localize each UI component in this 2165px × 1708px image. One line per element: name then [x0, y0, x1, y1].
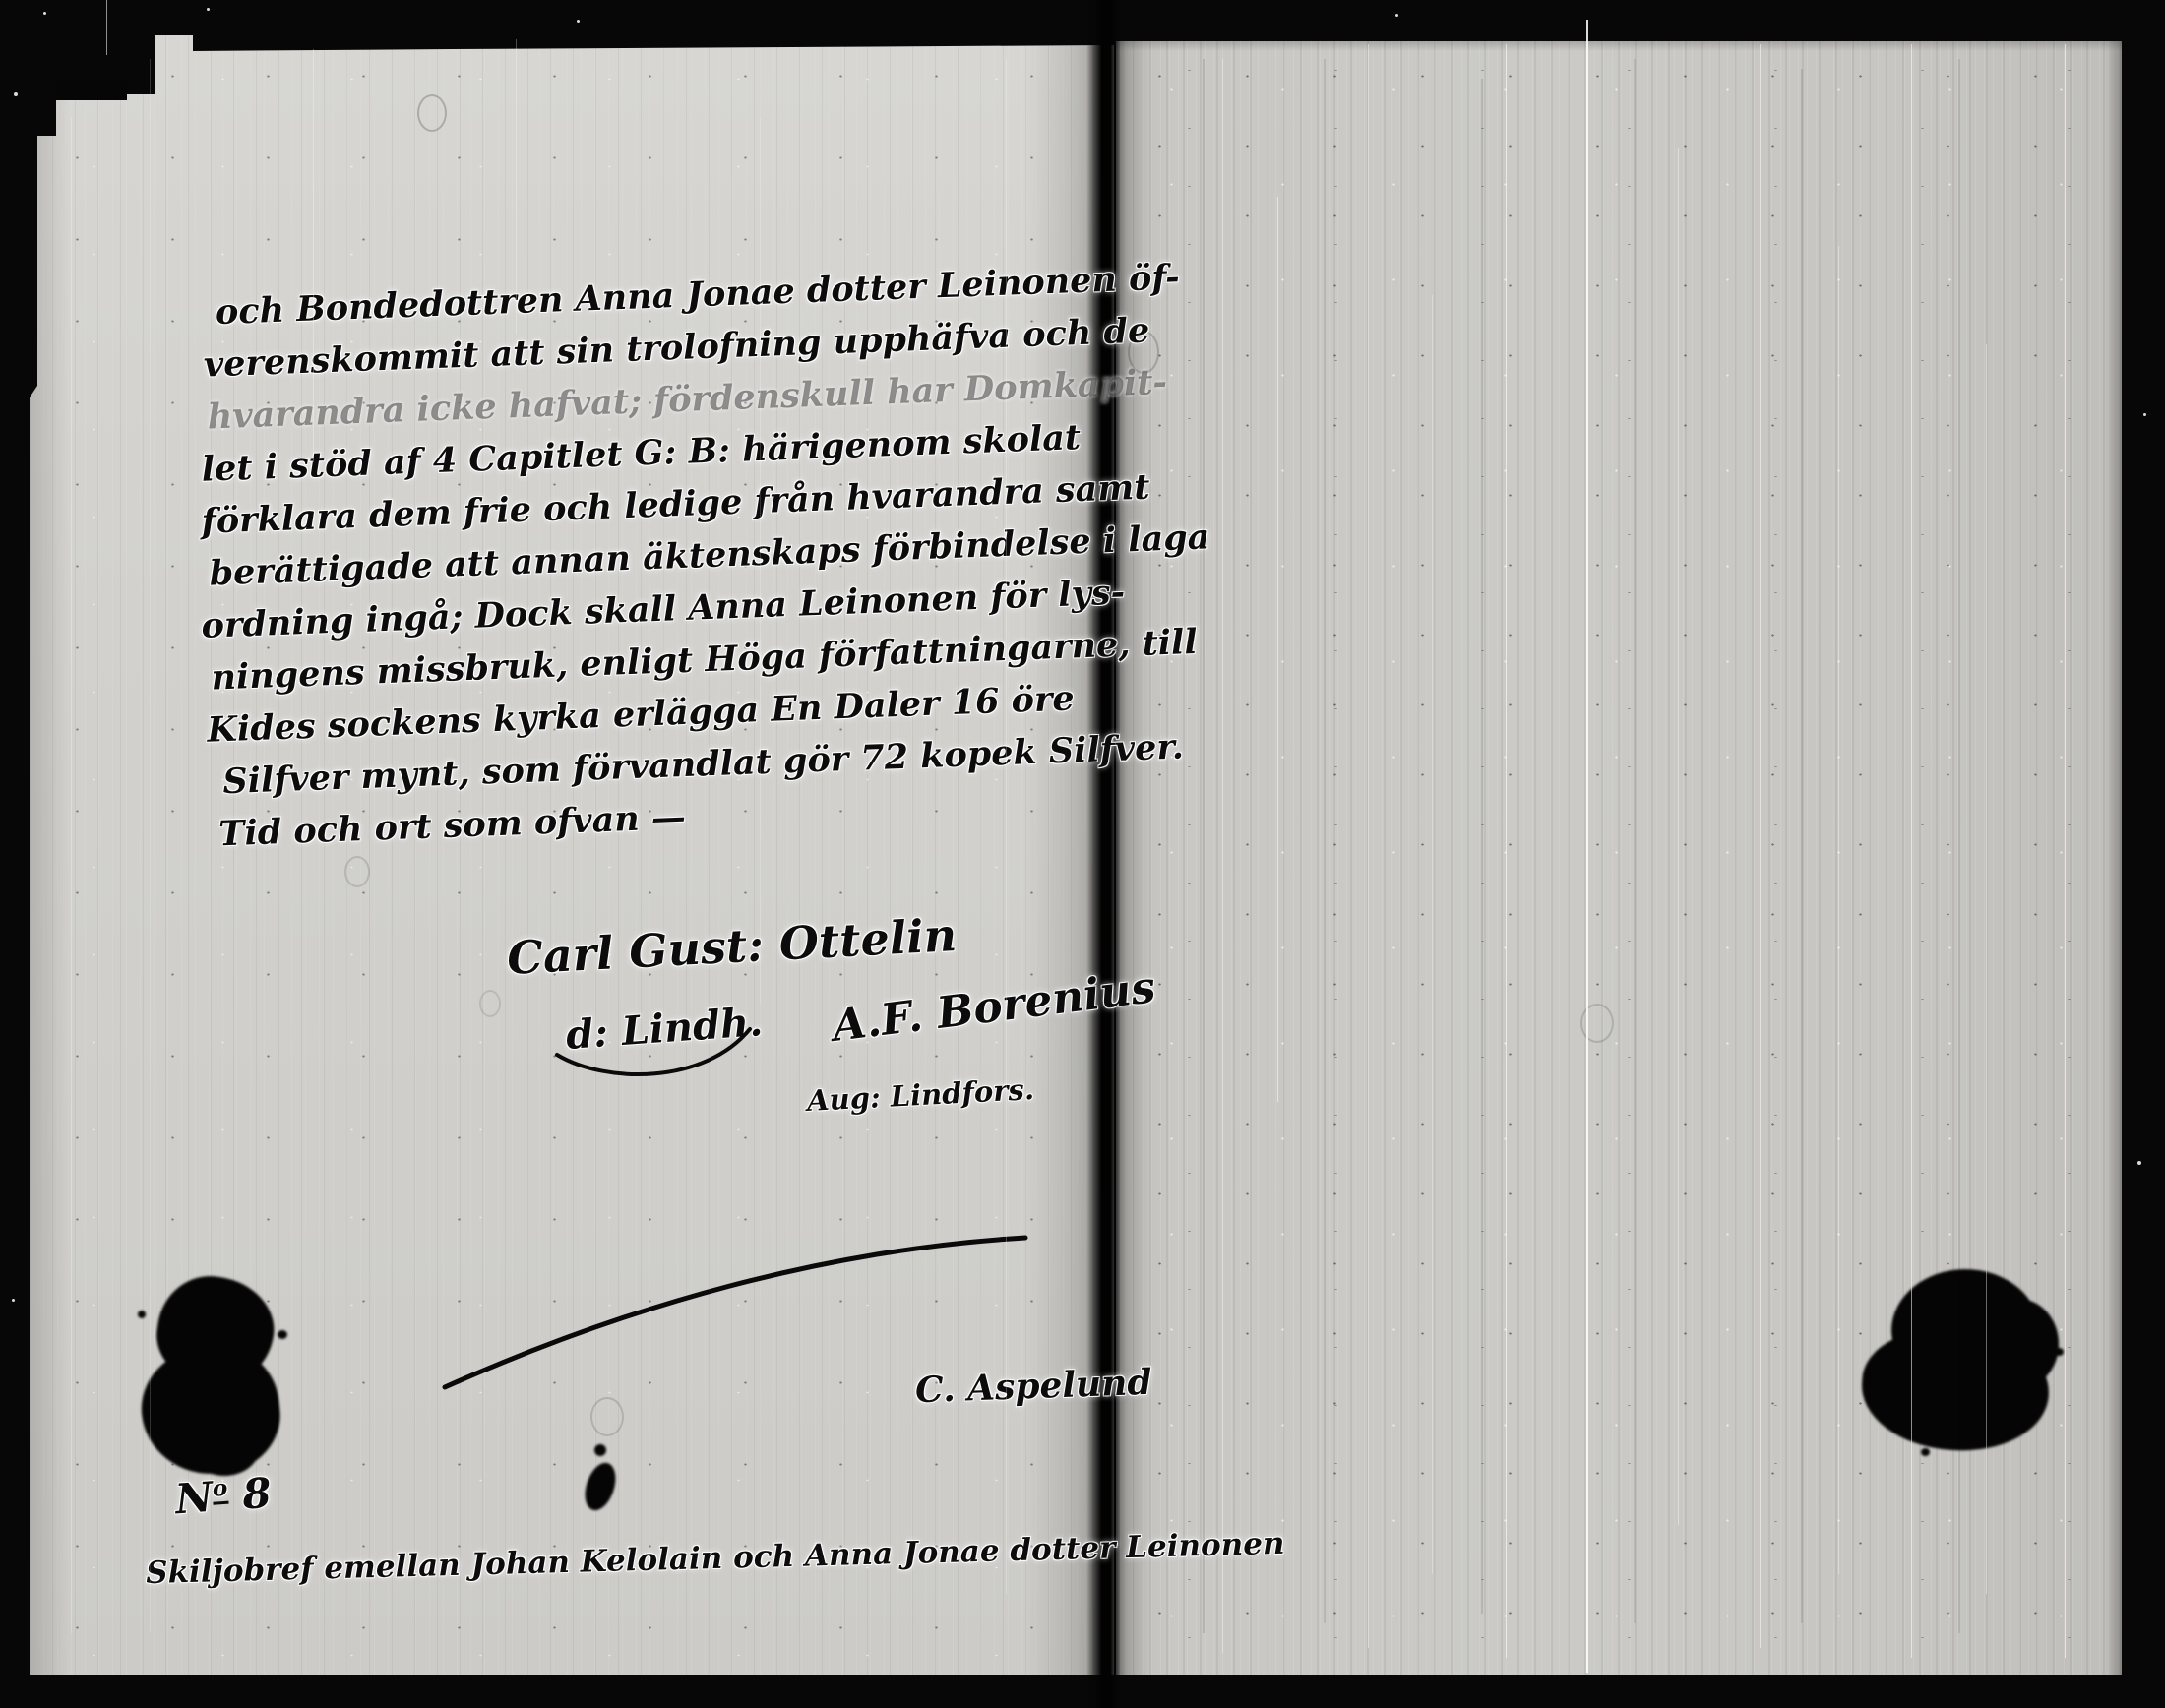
film-notch [56, 79, 127, 100]
manuscript-text-block: och Bondedottren Anna Jonae dotter Leino… [193, 253, 1158, 861]
stain-ring [417, 94, 447, 132]
stain-ring [1580, 1004, 1614, 1043]
dust-speck [577, 20, 580, 23]
dust-speck [2143, 413, 2146, 416]
ink-blot-left [140, 1271, 289, 1482]
dust-speck [1395, 14, 1398, 17]
scratch-line [106, 0, 107, 55]
stain-ring [590, 1397, 624, 1436]
dust-speck [14, 92, 18, 96]
stain-ring [479, 990, 501, 1017]
film-scan-background: och Bondedottren Anna Jonae dotter Leino… [0, 0, 2165, 1708]
ink-smudge-small [583, 1444, 618, 1513]
dust-speck [207, 8, 210, 11]
dust-speck [43, 12, 46, 15]
clerk-signature: C. Aspelund [914, 1362, 1152, 1411]
dust-speck [12, 1299, 15, 1302]
dust-speck [2137, 1161, 2141, 1165]
ink-blot-right [1862, 1269, 2065, 1458]
stain-ring [344, 856, 370, 887]
